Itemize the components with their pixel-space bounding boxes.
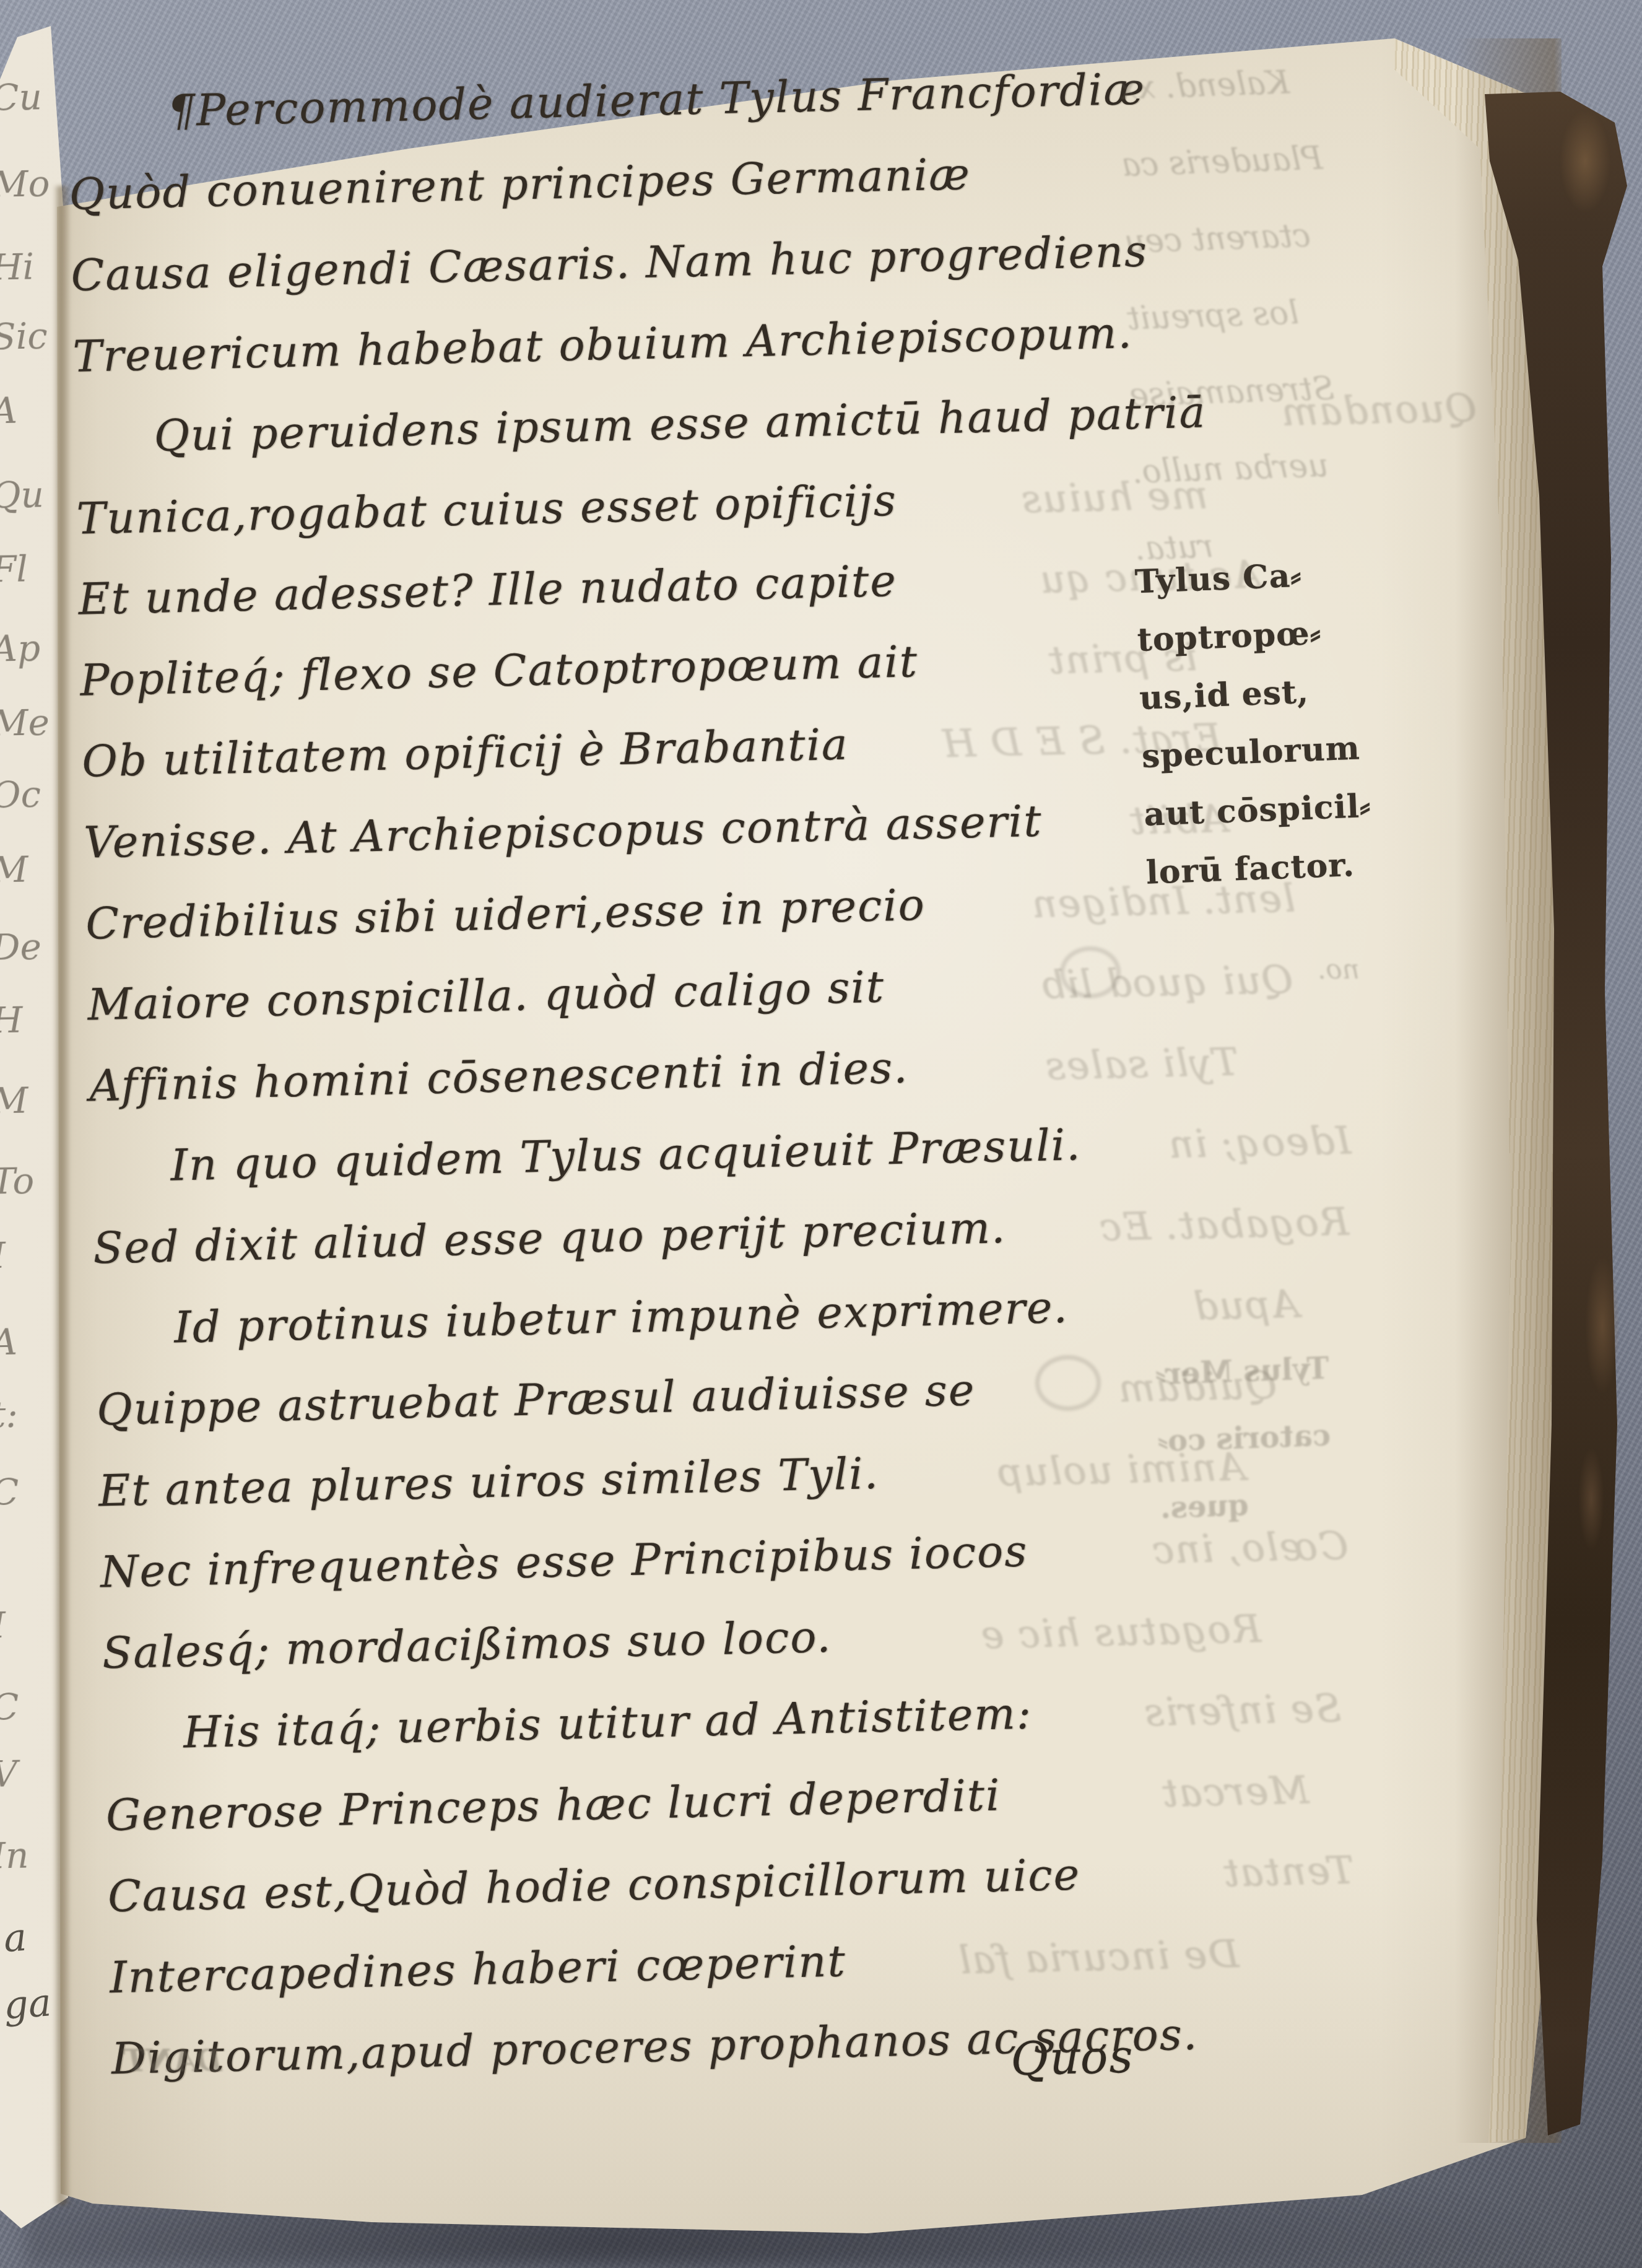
verse-text: Venisse. At Archiepiscopus contrà asseri… xyxy=(84,796,1043,868)
margin-note-line: toptropœ⸗ xyxy=(1136,600,1429,669)
bleedthrough-text: Strenamaise xyxy=(1128,346,1440,434)
verse-line: Et unde adesset? Ille nudato capiteAc tu… xyxy=(78,551,1261,621)
bleedthrough-text: Plauderis ca xyxy=(1120,116,1432,203)
verse-text: Intercapedines haberi cœperint xyxy=(109,1935,846,2003)
page-edge-fragment: I xyxy=(0,1237,6,1273)
bleedthrough-text: Mercat xyxy=(1162,1771,1310,1812)
verse-line: Salesq́; mordacißimos suo loco.Rogatus h… xyxy=(102,1605,1261,1675)
page-edge-fragment: Hi xyxy=(0,248,35,285)
verse-line: Generose Princeps hæc lucri deperditiMer… xyxy=(105,1766,1310,1837)
bleedthrough-signature-mark: DANT xyxy=(124,2044,222,2078)
bleedthrough-text: Tyli sales xyxy=(1044,1042,1238,1085)
verse-text: Ob utilitatem opificij è Brabantia xyxy=(82,719,849,787)
page-edge-fragment: Oc xyxy=(0,776,41,813)
verse-text: Quòd conuenirent principes Germaniæ xyxy=(69,149,971,220)
handwritten-annotation: ga xyxy=(2,1983,53,2025)
verse-line: Quòd conuenirent principes Germaniæ xyxy=(69,152,971,216)
page-edge-fragment: t: xyxy=(0,1397,18,1433)
verse-line: Tunica,rogabat cuius esset opificijsme h… xyxy=(76,471,1209,540)
page-edge-fragment: De xyxy=(0,928,41,965)
page-edge-fragment: Cu xyxy=(0,79,42,115)
book-photograph: CuMoHiSicAQuFlApMeOcMDeHMToIAt:CICVInaga… xyxy=(0,0,1642,2268)
margin-note-line: us,id est, xyxy=(1139,658,1431,728)
page-edge-fragment: A xyxy=(0,393,17,429)
page-edge-fragment: Fl xyxy=(0,551,28,587)
page-edge-fragment: Ap xyxy=(0,630,41,666)
bleedthrough-text: Apud xyxy=(1192,1284,1299,1325)
verse-line: Intercapedines haberi cœperintDe incuria… xyxy=(109,1930,1239,1999)
gutter-shadow xyxy=(53,186,69,2205)
bleedthrough-fragment: no. xyxy=(1318,954,1360,985)
page-edge-fragment: To xyxy=(0,1162,35,1199)
verse-text: Affinis homini cōsenescenti in dies. xyxy=(89,1042,910,1111)
verse-line: In quo quidem Tylus acquieuit Præsuli.Id… xyxy=(170,1117,1352,1187)
verse-line: Treuericum habebat obuium Archiepiscopum… xyxy=(72,311,1133,378)
page-edge-fragment: V xyxy=(0,1756,17,1792)
verse-line: Affinis homini cōsenescenti in dies.Tyli… xyxy=(89,1038,1239,1107)
page-edge-fragment: Sic xyxy=(0,318,48,355)
bleedthrough-text: ruta. xyxy=(1134,500,1446,587)
page-edge-fragment: Me xyxy=(0,704,50,741)
margin-note-line: speculorum xyxy=(1140,717,1433,786)
bleedthrough-block-top-right: Kalend. xxPlauderis cactarent ceulos spr… xyxy=(1118,40,1446,588)
bleedthrough-text: uerba nullo. xyxy=(1131,423,1443,510)
verse-text: Popliteq́; flexo se Catoptropœum ait xyxy=(80,636,919,706)
verse-line: Popliteq́; flexo se Catoptropœum aitis p… xyxy=(80,634,1198,702)
bleedthrough-text: catoris co⸗ xyxy=(1157,1399,1419,1475)
verse-line: Ob utilitatem opificij è BrabantiaErat. … xyxy=(82,714,1222,783)
verse-text: Maiore conspicilla. quòd caligo sit xyxy=(87,961,885,1030)
verse-line: Et antea plures uiros similes Tyli.Animi… xyxy=(98,1444,1245,1513)
bleedthrough-ring-mark xyxy=(1060,946,1121,998)
page-edge-fragment: A xyxy=(0,1324,17,1361)
verse-text: Sed dixit aliud esse quo perijt precium. xyxy=(92,1202,1006,1273)
verse-line: Credibilius sibi uideri,esse in preciole… xyxy=(85,874,1296,945)
verse-text: Causa eligendi Cæsaris. Nam huc progredi… xyxy=(71,225,1149,300)
page-edge-fragment: C xyxy=(0,1689,19,1725)
verse-line: Sed dixit aliud esse quo perijt precium.… xyxy=(93,1198,1350,1270)
page-edge-fragment: H xyxy=(0,1002,23,1039)
verse-line: His itaq́; uerbis utitur ad Antistitem:S… xyxy=(183,1685,1342,1754)
page-edge-fragment: C xyxy=(0,1474,19,1511)
bleedthrough-ring-mark xyxy=(1035,1355,1101,1411)
verse-text: Causa est,Quòd hodie conspicillorum uice xyxy=(107,1849,1081,1922)
page-edge-fragment: M xyxy=(0,1082,28,1119)
handwritten-annotation: a xyxy=(2,1918,28,1958)
bleedthrough-text: los spreuit xyxy=(1126,269,1438,357)
verse-text: Salesq́; mordacißimos suo loco. xyxy=(102,1612,832,1679)
verse-text: His itaq́; uerbis utitur ad Antistitem: xyxy=(183,1688,1033,1758)
page-edge-fragment: I xyxy=(0,1607,6,1643)
verse-text: Treuericum habebat obuium Archiepiscopum… xyxy=(72,307,1133,382)
verse-line: Venisse. At Archiepiscopus contrà asseri… xyxy=(84,795,1228,865)
page-edge-fragment: In xyxy=(0,1837,29,1873)
verse-text: Et unde adesset? Ille nudato capite xyxy=(78,556,898,625)
bleedthrough-text: Kalend. xx xyxy=(1118,40,1430,127)
bleedthrough-text: Rogabat. Ec xyxy=(1098,1202,1349,1246)
page-edge-fragment: M xyxy=(0,851,28,888)
verse-line: Quippe astruebat Præsul audiuisse seQuid… xyxy=(97,1362,1278,1432)
bleedthrough-text: Rogatus hic e xyxy=(980,1610,1262,1654)
bleedthrough-text: ctarent ceu xyxy=(1123,193,1435,280)
verse-line: Causa eligendi Cæsaris. Nam huc progredi… xyxy=(71,229,1149,297)
bleedthrough-text: ques. xyxy=(1159,1466,1422,1542)
verse-text: Id protinus iubetur impunè exprimere. xyxy=(173,1281,1069,1353)
verse-text: Qui peruidens ipsum esse amictū haud pat… xyxy=(154,386,1207,461)
margin-note-line: lorū factor. xyxy=(1145,833,1438,902)
verse-text: Tunica,rogabat cuius esset opificijs xyxy=(76,474,898,544)
bleedthrough-text: De incuria fal xyxy=(957,1935,1240,1979)
page-edge-fragment: Qu xyxy=(0,476,44,513)
verse-text: In quo quidem Tylus acquieuit Præsuli. xyxy=(170,1119,1082,1190)
margin-note-line: aut cōspicil⸗ xyxy=(1143,775,1436,844)
verse-text: Generose Princeps hæc lucri deperditi xyxy=(105,1769,1001,1841)
verse-line: Causa est,Quòd hodie conspicillorum uice… xyxy=(107,1846,1354,1918)
verse-text: Credibilius sibi uideri,esse in precio xyxy=(85,879,926,949)
page-edge-fragment: Mo xyxy=(0,165,50,203)
verse-text: Quippe astruebat Præsul audiuisse se xyxy=(96,1365,976,1436)
verse-line: Id protinus iubetur impunè exprimere.Apu… xyxy=(174,1280,1300,1349)
bleedthrough-text: Ideoq; in xyxy=(1168,1121,1352,1164)
verse-text: Nec infrequentès esse Principibus iocos xyxy=(100,1526,1028,1598)
margin-note: Tylus Ca⸗toptropœ⸗us,id est,speculorumau… xyxy=(1134,542,1438,902)
bleedthrough-text: Se inferis xyxy=(1143,1689,1342,1732)
bleedthrough-text: Tentat xyxy=(1222,1851,1354,1892)
verse-text: Et antea plures uiros similes Tyli. xyxy=(98,1448,879,1517)
bleedthrough-margin-note: Tylus Mer⸗catoris co⸗ques. xyxy=(1154,1332,1421,1542)
bleedthrough-text: Tylus Mer⸗ xyxy=(1154,1332,1417,1408)
